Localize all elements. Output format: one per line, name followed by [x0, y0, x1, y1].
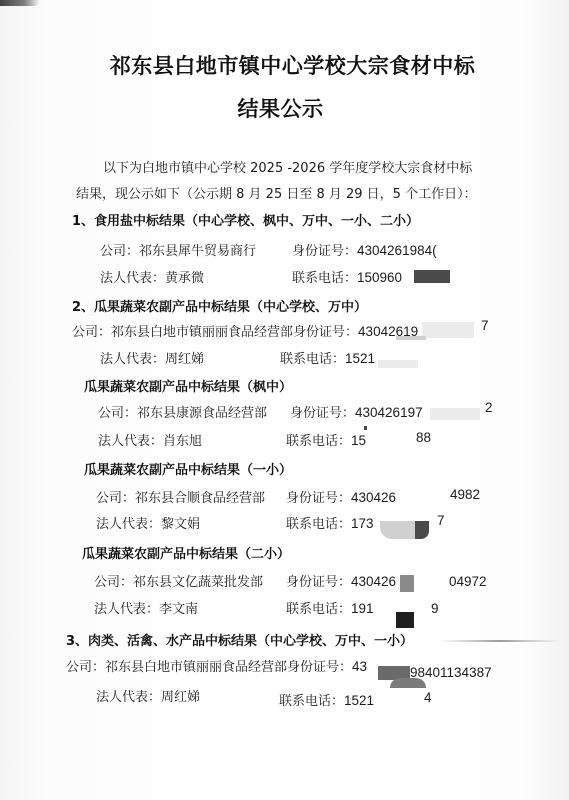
company-value: 祁东县文亿蔬菜批发部: [133, 575, 263, 590]
id-number: 身份证号：4304261984(: [292, 240, 437, 259]
company-value: 祁东县白地市镇丽丽食品经营部: [105, 660, 287, 675]
company-value: 祁东县康源食品经营部: [137, 406, 267, 421]
id-label: 身份证号：: [292, 244, 357, 259]
redaction-mark: [430, 408, 480, 420]
id-value: 4304261984(: [357, 243, 437, 258]
phone-label: 联系电话：: [279, 694, 344, 709]
redaction-mark: [380, 521, 416, 539]
redaction-mark: [364, 426, 367, 430]
id-value-suffix: 2: [485, 400, 493, 415]
rep-label: 法人代表：: [100, 271, 165, 286]
rep-label: 法人代表：: [98, 434, 163, 449]
rep-label: 法人代表：: [96, 690, 161, 705]
phone-value-prefix: 15: [351, 433, 366, 448]
redaction-mark: [378, 360, 418, 368]
section-heading-meat: 3、肉类、活禽、水产品中标结果（中心学校、万中、一小）: [66, 630, 413, 649]
company-name: 公司：祁东县合顺食品经营部: [96, 487, 265, 506]
id-label: 身份证号：: [293, 325, 358, 340]
company-name: 公司：祁东县犀牛贸易商行: [100, 240, 256, 259]
id-label: 身份证号：: [287, 660, 352, 675]
company-name: 公司：祁东县白地市镇丽丽食品经营部身份证号：43: [66, 656, 367, 675]
id-value-prefix: 430426: [351, 574, 396, 589]
rep-label: 法人代表：: [96, 517, 161, 532]
phone-label: 联系电话：: [280, 352, 345, 367]
company-label: 公司：: [72, 325, 111, 340]
company-label: 公司：: [94, 575, 133, 590]
id-label: 身份证号：: [290, 406, 355, 421]
intro-line-2: 结果，现公示如下（公示期 8 月 25 日至 8 月 29 日，5 个工作日）：: [76, 183, 477, 202]
id-value-suffix: 4982: [450, 487, 480, 502]
id-label: 身份证号：: [286, 575, 351, 590]
id-value-prefix: 43: [352, 659, 367, 674]
phone-value-prefix: 173: [351, 516, 374, 531]
document-subtitle: 结果公示: [0, 93, 565, 123]
section-heading-salt: 1、食用盐中标结果（中心学校、枫中、万中、一小、二小）: [72, 210, 419, 229]
document-title: 祁东县白地市镇中心学校大宗食材中标: [8, 50, 569, 80]
rep-value: 周红娣: [161, 690, 200, 705]
phone-label: 联系电话：: [286, 434, 351, 449]
id-value-prefix: 430426: [351, 490, 396, 505]
phone-number: 联系电话：1521: [279, 690, 374, 709]
section-heading-produce-central: 2、瓜果蔬菜农副产品中标结果（中心学校、万中）: [72, 296, 367, 315]
phone-label: 联系电话：: [286, 602, 351, 617]
id-value-suffix: 04972: [449, 574, 487, 589]
legal-rep: 法人代表：周红娣: [96, 686, 200, 705]
id-number: 身份证号：430426: [286, 571, 396, 590]
legal-rep: 法人代表：周红娣: [100, 348, 204, 367]
legal-rep: 法人代表：肖东旭: [98, 430, 202, 449]
company-value: 祁东县白地市镇丽丽食品经营部: [111, 325, 293, 340]
company-value: 祁东县合顺食品经营部: [135, 491, 265, 506]
company-name: 公司：祁东县康源食品经营部: [98, 402, 267, 421]
rep-value: 黄承微: [165, 271, 204, 286]
rep-value: 肖东旭: [163, 434, 202, 449]
id-number: 身份证号：430426197: [290, 402, 423, 421]
redaction-mark: [400, 575, 414, 592]
phone-value-suffix: 4: [424, 690, 432, 705]
phone-value-suffix: 88: [416, 430, 431, 445]
section-heading-produce-fengzhong: 瓜果蔬菜农副产品中标结果（枫中）: [84, 376, 292, 395]
company-label: 公司：: [100, 244, 139, 259]
phone-number: 联系电话：1521: [280, 348, 375, 367]
id-value-suffix: 7: [481, 318, 489, 333]
company-label: 公司：: [98, 406, 137, 421]
redaction-mark: [422, 322, 474, 338]
phone-number: 联系电话：150960: [292, 267, 402, 286]
company-label: 公司：: [96, 491, 135, 506]
redaction-mark: [414, 270, 450, 283]
rep-value: 周红娣: [165, 352, 204, 367]
scan-streak: [440, 640, 560, 642]
company-label: 公司：: [66, 660, 105, 675]
phone-number: 联系电话：173: [286, 513, 374, 532]
phone-value-prefix: 1521: [344, 693, 374, 708]
company-name: 公司：祁东县文亿蔬菜批发部: [94, 571, 263, 590]
legal-rep: 法人代表：黎文娟: [96, 513, 200, 532]
redaction-mark: [396, 336, 426, 340]
id-number: 身份证号：430426: [286, 487, 396, 506]
rep-value: 李文南: [159, 602, 198, 617]
section-heading-produce-yixiao: 瓜果蔬菜农副产品中标结果（一小）: [84, 459, 292, 478]
phone-value: 150960: [357, 270, 402, 285]
rep-value: 黎文娟: [161, 517, 200, 532]
scanned-page: 祁东县白地市镇中心学校大宗食材中标 结果公示 以下为白地市镇中心学校 2025 …: [0, 0, 569, 800]
company-value: 祁东县犀牛贸易商行: [139, 244, 256, 259]
rep-label: 法人代表：: [94, 602, 159, 617]
phone-value-prefix: 191: [351, 601, 374, 616]
company-name: 公司：祁东县白地市镇丽丽食品经营部身份证号：43042619: [72, 321, 418, 340]
redaction-mark: [396, 612, 414, 628]
legal-rep: 法人代表：黄承微: [100, 267, 204, 286]
id-value-suffix: 98401134387: [410, 665, 492, 680]
rep-label: 法人代表：: [100, 352, 165, 367]
redaction-mark: [415, 521, 429, 539]
phone-label: 联系电话：: [286, 517, 351, 532]
phone-number: 联系电话：191: [286, 598, 374, 617]
legal-rep: 法人代表：李文南: [94, 598, 198, 617]
phone-label: 联系电话：: [292, 271, 357, 286]
phone-value-suffix: 9: [431, 601, 439, 616]
phone-number: 联系电话：15: [286, 430, 366, 449]
phone-value: 1521: [345, 351, 375, 366]
id-value-prefix: 430426197: [355, 405, 423, 420]
page-edge-shadow: [0, 0, 40, 6]
intro-line-1: 以下为白地市镇中心学校 2025 -2026 学年度学校大宗食材中标: [103, 157, 472, 176]
section-heading-produce-erxiao: 瓜果蔬菜农副产品中标结果（二小）: [82, 543, 290, 562]
phone-value-suffix: 7: [437, 513, 445, 528]
id-label: 身份证号：: [286, 491, 351, 506]
